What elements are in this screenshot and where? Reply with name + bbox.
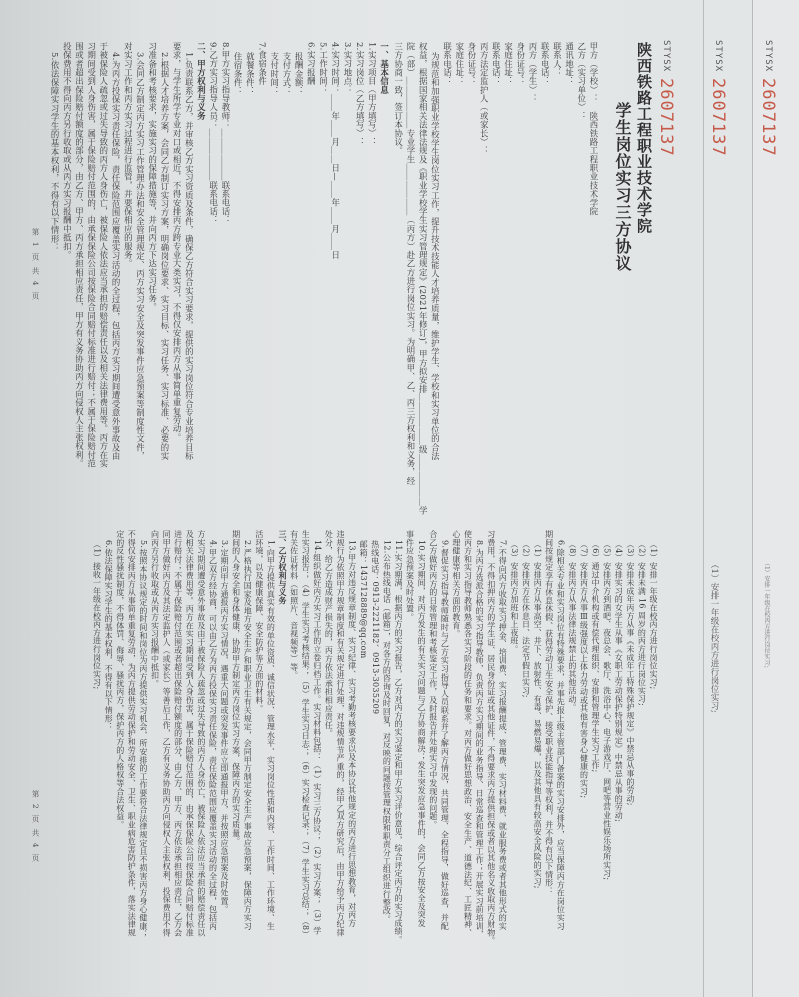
preamble-line: 三方协商一致，签订本协议。 <box>393 42 405 462</box>
preamble-line: 为规范和加强职业学校学生岗位实习工作，提升技术技能人才培养质量，维护学生、学校和… <box>429 42 441 462</box>
clause-line: 6.除相关专业和实习岗位有特殊要求，并事先报上级主管部门备案的实习安排外，应当保… <box>555 530 567 990</box>
clause-line: （4）安排实习的女学生从事《女职工劳动保护特别规定》中禁忌从事的劳动; <box>613 530 625 990</box>
clause-line: 定的反性骚扰制度，不得体罚、侮辱、骚扰丙方，保护丙方的人格权等合法权益。 <box>114 530 126 990</box>
basic-info-item: 1.实习项目（甲方填写）： <box>366 42 378 462</box>
document-title: 学生岗位实习三方协议 <box>612 42 632 462</box>
clause-line: （5）安排丙方到酒吧、夜总会、歌厅、洗浴中心、电子游戏厅、网吧等营业性娱乐场所实… <box>601 530 613 990</box>
clause-line: 方实习期间遭受意外事故及由于被保险人疏忽或过失导致的丙方人身伤亡，被保险人依法应… <box>195 530 207 990</box>
clause-line: 10.实习期间，对丙方发生的有关实习问题与乙方协商解决；发生突发应急事件的，会同… <box>416 530 428 990</box>
back-sheet-text: （1）安排一年级在校丙方进行岗位实习; <box>708 560 720 713</box>
party-field: 联系电话： <box>490 42 502 462</box>
page-footer: 第 1 页 共 4 页 <box>30 228 41 301</box>
preamble-line: 权益，根据国家相关法律法规及《职业学校学生实习管理规定》(2021年修订)，甲方… <box>417 42 429 462</box>
clause-line: 期间的人身安全和身体健康，协助甲方制定丙方岗位实习方案，保障丙方的实习质量。 <box>230 530 242 990</box>
clause-line: （2）安排丙方在休息日、法定节假日实习; <box>520 530 532 990</box>
serial-stamp: STYSX2607137 <box>758 40 778 157</box>
clause-line: 习准备和考核要求，实施实习的保障措施等，并向丙方下达实习任务。 <box>146 42 158 462</box>
basic-info-item: 7.食宿条件 <box>256 42 268 462</box>
section-heading: 二、甲方权利与义务 <box>195 42 207 462</box>
section-heading: 三、乙方权利与义务 <box>276 530 288 990</box>
clause-line: 2.根据人才培养方案，会同乙方制订实习方案，明确岗位要求、实习目标、实习任务、实… <box>159 42 171 462</box>
clause-line: 5.按照本协议规定的时间和岗位为丙方提供实习机会，所安排的工作要符合法律规定且不… <box>137 530 149 990</box>
clause-line: （3）安排未成年丙方从事《未成年工特殊保护规定》中禁忌从事的劳动; <box>624 530 636 990</box>
clause-line: 心理健康等相关方面的教育。 <box>450 530 462 990</box>
section-heading: 一、基本信息 <box>378 42 390 462</box>
party-a-section: 1.负责联系乙方，并审核乙方实习资质及条件，确保乙方符合实习要求，提供的实习岗位… <box>49 42 195 462</box>
basic-info-item: 支付时间： <box>269 42 281 462</box>
parties-block: 甲方（学校）： 陕西铁路工程职业技术学院乙方（实习单位）：通讯地址：联系人：联系… <box>441 42 600 462</box>
clause-line: （6）通过中介机构或有偿代理组织、安排和管理学生实习工作; <box>589 530 601 990</box>
party-field: 联系电话： <box>441 42 453 462</box>
basic-info-item: 2.实习岗位（乙方填写）： <box>354 42 366 462</box>
school-name: 陕西铁路工程职业技术学院 <box>634 42 654 462</box>
clause-line: 热线电话：0913-2221182、0913-3035209 <box>369 530 381 990</box>
clause-line: 进行赔付；不属于保险赔付范围或者超出保险赔付额度的部分，由乙方、甲方、丙方依法承… <box>172 530 184 990</box>
clause-line: 9.督促实习指导教师随时与乙方实习指导人员联系并了解丙方情况，共同管理、全程指导… <box>439 530 451 990</box>
basic-info-item: 9.乙方实习指导人员：＿＿＿＿＿＿联系电话： <box>208 42 220 462</box>
clause-line: 要求，与学生所学专业对口或相近，不得安排丙方跨专业大类实习，不得仅安排丙方从事简… <box>171 42 183 462</box>
preamble-line: 院（部）＿＿＿＿＿＿专业学生＿＿＿＿＿＿（丙方）赴乙方进行岗位实习。为明确甲、乙… <box>405 42 417 462</box>
clause-line: 活环境，以及健康保障、安全防护等方面的材料。 <box>253 530 265 990</box>
basic-info-item: 3.实习地点： <box>342 42 354 462</box>
clause-line: 习期间受到人身伤害，属于保险赔付范围的，由承保保险公司按保险合同赔付标准进行赔付… <box>85 42 97 462</box>
clause-line: 7.不得向丙方收取实习押金、培训费、实习报酬提成、管理费、实习材料费、就业服务费… <box>497 530 509 990</box>
clause-line: （2）安排未满 16 周岁的丙方进行岗位实习; <box>636 530 648 990</box>
clause-line: （8）安排丙方从事法律法规禁止的其他活动。 <box>566 530 578 990</box>
basic-info-item: 6.实习报酬 <box>305 42 317 462</box>
clause-line: （1）安排一年级在校丙方进行岗位实习; <box>647 530 659 990</box>
clause-line: 使丙方和实习指导教师熟悉各实习阶段的任务和要求。对丙方做好思想政治、安全生产、道… <box>462 530 474 990</box>
preamble: 为规范和加强职业学校学生岗位实习工作，提升技术技能人才培养质量，维护学生、学校和… <box>393 42 442 462</box>
clause-line: 向丙方另行收取或从丙方实习报酬中抵扣。 <box>149 530 161 990</box>
page-footer: 第 2 页 共 4 页 <box>30 790 41 863</box>
clause-line: 12.公布热线电话（邮箱），对各方的咨询及时回复，对反映的问题按管理权限和职责分… <box>381 530 393 990</box>
basic-info-item: 住宿条件： <box>232 42 244 462</box>
party-field: 乙方（实习单位）： <box>576 42 588 462</box>
clause-line: 3.会同乙方制定丙方实习工作管理办法和安全管理规定、丙方实习安全及突发事件应急预… <box>134 42 146 462</box>
clause-line: 对实习工作和丙方实习过程进行监管，并要保相应的服务。 <box>122 42 134 462</box>
basic-info-item: 支付方式： <box>281 42 293 462</box>
clause-line: 于被保险人疏忽或过失导致的丙方人身伤亡，被保险人依法应当承担的赔偿责任以及相关法… <box>98 42 110 462</box>
party-field: 身份证号： <box>515 42 527 462</box>
clause-line: 投保费用不得向丙方另行收取或从丙方实习报酬中抵扣。 <box>61 42 73 462</box>
party-field: 通讯地址： <box>563 42 575 462</box>
basic-info-item: 报酬金额： <box>293 42 305 462</box>
clause-line: 习费用，不得扣押丙方的学生证、居民身份证或其他证件，不得要求丙方提供担保或者以其… <box>485 530 497 990</box>
clause-line: 邮箱：1437128889@qq.com <box>358 530 370 990</box>
clause-line: 14.组织做好丙方实习工作的立卷归档工作。实习材料包括：（1）实习三方协议；（2… <box>311 530 323 990</box>
clause-line: 围或者超出保险赔付额度的部分，由乙方、甲方、丙方承担相应责任，甲方有义务协助丙方… <box>73 42 85 462</box>
party-field: 联系人： <box>551 42 563 462</box>
party-field: 身份证号： <box>466 42 478 462</box>
basic-info-item: 5.工作时间： <box>317 42 329 462</box>
party-field: 丙方（学生）： <box>527 42 539 462</box>
clause-line: 期间按规定享有休息休假、获得劳动卫生安全保护、接受职业技能指导等权利，并不得有以… <box>543 530 555 990</box>
clause-line: 11.实习期满，根据丙方的实习报告，乙方对丙方的实习鉴定和甲方实习评价意见，综合… <box>392 530 404 990</box>
clause-line: 4.为丙方投保实习责任保险，责任保险范围应覆盖实习活动的全过程，包括丙方实习期间… <box>110 42 122 462</box>
party-field: 联系电话： <box>539 42 551 462</box>
clause-line: 13.甲方对违反规章制度、实习纪律、实习考勤考核要求以及本协议其他规定的丙方进行… <box>346 530 358 990</box>
clause-line: （3）安排丙方加班和上夜班。 <box>508 530 520 990</box>
back-sheet-text: （1）安排一年级在校丙方进行岗位实习; <box>760 560 772 668</box>
clause-line: 8.为丙方选派合格的实习指导教师，负责丙方实习期间的业务指导、日常巡查和管理工作… <box>474 530 486 990</box>
serial-stamp: STYSX2607137 <box>708 40 728 157</box>
clause-line: 事件应急预案及时处置。 <box>404 530 416 990</box>
party-field: 甲方（学校）： 陕西铁路工程职业技术学院 <box>588 42 600 462</box>
clause-line: 1.负责联系乙方，并审核乙方实习资质及条件，确保乙方符合实习要求，提供的实习岗位… <box>183 42 195 462</box>
basic-info-section: 1.实习项目（甲方填写）：2.实习岗位（乙方填写）：3.实习地点：4.实习时间：… <box>208 42 379 462</box>
clause-line: 同甲方做好丙方及其法定监护人（或家长）等善后工作，乙方有义务协助丙方向侵权人主张… <box>160 530 172 990</box>
clause-line: 2.严格执行国家及地方安全生产和职业卫生有关规定，会同甲方制定安全生产事故应急预… <box>242 530 254 990</box>
party-field: 家庭住址： <box>502 42 514 462</box>
basic-info-item: 4.实习时间：＿＿年＿＿月＿＿日—＿＿年＿＿月＿＿日 <box>330 42 342 462</box>
clause-line: 3.定期向甲方通报丙方实习情况，遇重大问题或突发事件应立即通报甲方，并按照应急预… <box>218 530 230 990</box>
party-field: 家庭住址： <box>454 42 466 462</box>
clause-line: 合乙方做好丙方的日常管理和考核鉴定工作，及时报告并处理实习中发现的问题。 <box>427 530 439 990</box>
clause-line: 有关佐证材料（如照片、音视频等）等。 <box>288 530 300 990</box>
clause-line: 5.依法保障实习学生的基本权利，不得有以下情形： <box>49 42 61 462</box>
clause-line: 4.甲乙双方经协商，可以由乙方为丙方投保实习责任保险，责任保险范围应覆盖实习活动… <box>207 530 219 990</box>
basic-info-item: 8.甲方实习指导教师：＿＿＿＿＿＿联系电话： <box>220 42 232 462</box>
clause-line: （7）安排丙方从事Ⅲ级强度以上体力劳动或其他有害身心健康的实习; <box>578 530 590 990</box>
party-field: 丙方法定监护人（或家长）： <box>478 42 490 462</box>
party-b-section: 1.向甲方提供真实有效的单位资质、诚信状况、管理水平、实习岗位性质和内容、工作时… <box>91 530 277 990</box>
clause-line: 违规行为依照甲方规章制度和有关规定进行处理，对违规情节严重的，经甲乙双方研究后，… <box>334 530 346 990</box>
clause-line: （1）安排丙方从事高空、井下、放射性、有毒、易燃易爆，以及其他具有较高安全风险的… <box>531 530 543 990</box>
clause-line: （1）接收一年级在校丙方进行岗位实习; <box>91 530 103 990</box>
serial-stamp: STYSX2607137 <box>656 40 676 157</box>
page-1: 陕西铁路工程职业技术学院 学生岗位实习三方协议 甲方（学校）： 陕西铁路工程职业… <box>134 42 654 462</box>
clause-line: 6.依法保障实习学生的基本权利，不得有以下情形： <box>103 530 115 990</box>
basic-info-item: 就餐条件： <box>244 42 256 462</box>
page-2: （1）安排一年级在校丙方进行岗位实习;（2）安排未满 16 周岁的丙方进行岗位实… <box>119 530 659 990</box>
party-a-obligations-cont: （1）安排一年级在校丙方进行岗位实习;（2）安排未满 16 周岁的丙方进行岗位实… <box>288 530 659 990</box>
clause-line: 生实习报告；（4）学生实习考核结果；（5）学生实习日志；（6）实习检查记录；（7… <box>300 530 312 990</box>
clause-line: 1.向甲方提供真实有效的单位资质、诚信状况、管理水平、实习岗位性质和内容、工作时… <box>265 530 277 990</box>
clause-line: 处分，给乙方造成财产损失的，丙方依法承担相应责任。 <box>323 530 335 990</box>
clause-line: 及相关法律费用等。丙方在实习期间受到人身伤害，属于保险赔付范围的，由承保保险公司… <box>184 530 196 990</box>
clause-line: 不得仅安排丙方从事简单重复劳动，为丙方提供劳动保护和劳动安全、卫生、职业病危害防… <box>126 530 138 990</box>
